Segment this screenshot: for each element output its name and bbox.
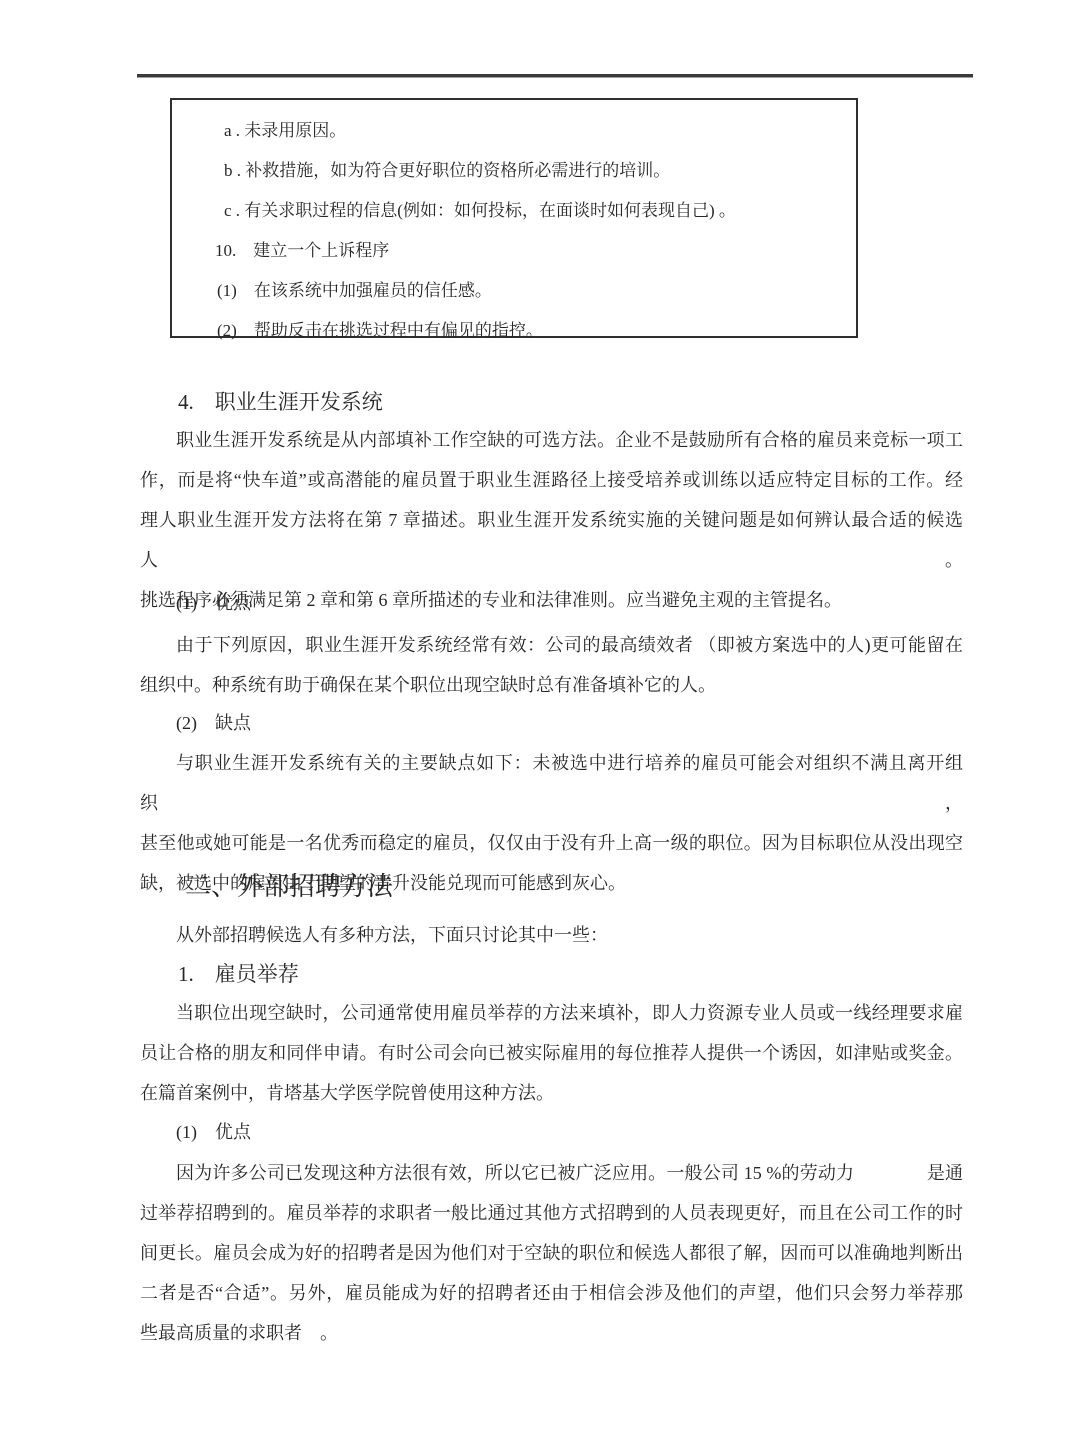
document-page: a . 未录用原因。 b . 补救措施，如为符合更好职位的资格所必需进行的培训。… bbox=[0, 0, 1080, 1439]
paragraph-career-advantages: 由于下列原因，职业生涯开发系统经常有效：公司的最高绩效者 （即被方案选中的人)更… bbox=[140, 625, 963, 705]
paragraph-employee-referral: 当职位出现空缺时，公司通常使用雇员举荐的方法来填补，即人力资源专业人员或一线经理… bbox=[140, 993, 963, 1113]
paragraph-line: 由于下列原因，职业生涯开发系统经常有效：公司的最高绩效者 （即被方案选中的人)更… bbox=[140, 625, 963, 665]
top-horizontal-rule bbox=[137, 74, 973, 78]
list-item-a: a . 未录用原因。 bbox=[172, 111, 856, 151]
paragraph-external-intro: 从外部招聘候选人有多种方法，下面只讨论其中一些： bbox=[140, 915, 963, 955]
paragraph-line: 员让合格的朋友和同伴申请。有时公司会向已被实际雇用的每位推荐人提供一个诱因，如津… bbox=[140, 1033, 963, 1073]
label-line: (2) 缺点 bbox=[140, 703, 963, 743]
paragraph-line: 些最高质量的求职者 。 bbox=[140, 1313, 963, 1353]
list-item-b: b . 补救措施，如为符合更好职位的资格所必需进行的培训。 bbox=[172, 151, 856, 191]
paragraph-line: 组织中。种系统有助于确保在某个职位出现空缺时总有准备填补它的人。 bbox=[140, 665, 963, 705]
paragraph-line: 作，而是将“快车道”或高潜能的雇员置于职业生涯路径上接受培养或训练以适应特定目标… bbox=[140, 460, 963, 500]
label-referral-advantages: (1) 优点 bbox=[140, 1112, 963, 1152]
label-career-advantages: (1) 优点 bbox=[140, 583, 963, 623]
paragraph-line: 与职业生涯开发系统有关的主要缺点如下：未被选中进行培养的雇员可能会对组织不满且离… bbox=[140, 743, 963, 823]
heading-career-development-system: 4. 职业生涯开发系统 bbox=[178, 382, 383, 422]
list-item-c: c . 有关求职过程的信息(例如：如何投标，在面谈时如何表现自己) 。 bbox=[172, 191, 856, 231]
paragraph-line: 职业生涯开发系统是从内部填补工作空缺的可选方法。企业不是鼓励所有合格的雇员来竞标… bbox=[140, 420, 963, 460]
paragraph-line: 在篇首案例中，肯塔基大学医学院曾使用这种方法。 bbox=[140, 1073, 963, 1113]
label-line: (1) 优点 bbox=[140, 1112, 963, 1152]
heading-external-recruiting-methods: 二、外部招聘方法 bbox=[185, 867, 393, 907]
paragraph-line: 间更长。雇员会成为好的招聘者是因为他们对于空缺的职位和候选人都很了解，因而可以准… bbox=[140, 1233, 963, 1273]
paragraph-line: 过举荐招聘到的。雇员举荐的求职者一般比通过其他方式招聘到的人员表现更好，而且在公… bbox=[140, 1193, 963, 1233]
paragraph-line: 当职位出现空缺时，公司通常使用雇员举荐的方法来填补，即人力资源专业人员或一线经理… bbox=[140, 993, 963, 1033]
paragraph-line: 二者是否“合适”。另外，雇员能成为好的招聘者还由于相信会涉及他们的声望，他们只会… bbox=[140, 1273, 963, 1313]
numbered-list-box: a . 未录用原因。 b . 补救措施，如为符合更好职位的资格所必需进行的培训。… bbox=[170, 98, 858, 338]
paragraph-line: 理人职业生涯开发方法将在第 7 章描述。职业生涯开发系统实施的关键问题是如何辨认… bbox=[140, 500, 963, 580]
label-line: (1) 优点 bbox=[140, 583, 963, 623]
list-item-10: 10. 建立一个上诉程序 bbox=[172, 231, 856, 271]
paragraph-line: 甚至他或她可能是一名优秀而稳定的雇员，仅仅由于没有升上高一级的职位。因为目标职位… bbox=[140, 823, 963, 863]
paragraph-line: 因为许多公司已发现这种方法很有效，所以它已被广泛应用。一般公司 15 %的劳动力… bbox=[140, 1153, 963, 1193]
heading-employee-referral: 1. 雇员举荐 bbox=[178, 954, 299, 994]
label-career-disadvantages: (2) 缺点 bbox=[140, 703, 963, 743]
list-item-10-1: (1) 在该系统中加强雇员的信任感。 bbox=[172, 271, 856, 311]
list-item-10-2: (2) 帮助反击在挑选过程中有偏见的指控。 bbox=[172, 311, 856, 351]
paragraph-line: 从外部招聘候选人有多种方法，下面只讨论其中一些： bbox=[140, 915, 963, 955]
paragraph-referral-advantages: 因为许多公司已发现这种方法很有效，所以它已被广泛应用。一般公司 15 %的劳动力… bbox=[140, 1153, 963, 1353]
